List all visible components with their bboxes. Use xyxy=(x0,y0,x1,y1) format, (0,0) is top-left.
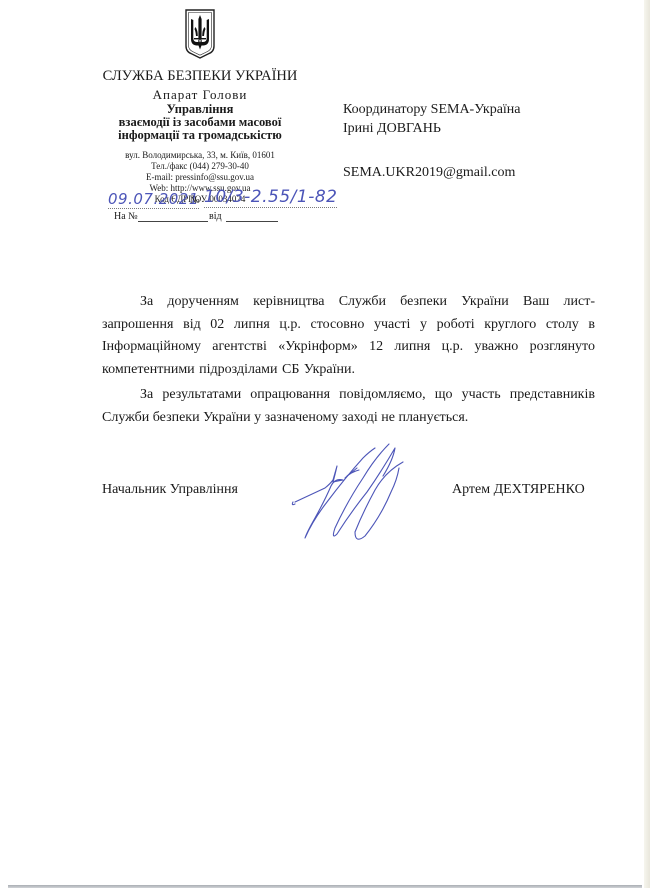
scan-edge-bottom xyxy=(8,885,642,888)
addressee-block: Координатору SEMA-Україна Ірині ДОВГАНЬ … xyxy=(343,100,521,182)
scan-edge-right xyxy=(644,0,650,896)
signatory-name: Артем ДЕХТЯРЕНКО xyxy=(452,482,585,498)
scan-margin-bottom xyxy=(0,888,650,896)
address: вул. Володимирська, 33, м. Київ, 01601 xyxy=(100,150,300,161)
letterhead: СЛУЖБА БЕЗПЕКИ УКРАЇНИ Апарат Голови Упр… xyxy=(100,8,300,205)
registration-number: 10/3-2.55/1-82 xyxy=(204,187,337,208)
department-line-3: інформації та громадськістю xyxy=(100,129,300,141)
addressee-position: Координатору SEMA-Україна xyxy=(343,100,521,119)
org-name: СЛУЖБА БЕЗПЕКИ УКРАЇНИ xyxy=(100,68,300,84)
registration-date: 09.07.2021 xyxy=(108,190,199,209)
body-paragraph-2: За результатами опрацювання повідомляємо… xyxy=(102,384,595,429)
trident-coat-of-arms-icon xyxy=(184,8,216,60)
signatory-title: Начальник Управління xyxy=(102,482,238,498)
ref-number-label: На № xyxy=(114,211,138,222)
ref-number-blank xyxy=(138,221,208,222)
registration-line: 09.07.2021 № 10/3-2.55/1-82 xyxy=(108,190,338,212)
phone: Тел./факс (044) 279-30-40 xyxy=(100,161,300,172)
email: E-mail: pressinfo@ssu.gov.ua xyxy=(100,172,300,183)
letter-body: За дорученням керівництва Служби безпеки… xyxy=(102,291,595,429)
addressee-email: SEMA.UKR2019@gmail.com xyxy=(343,163,521,182)
addressee-name: Ірині ДОВГАНЬ xyxy=(343,119,521,138)
department-line-2: взаємодії із засобами масової xyxy=(100,116,300,128)
body-paragraph-1: За дорученням керівництва Служби безпеки… xyxy=(102,291,595,381)
letter-page: СЛУЖБА БЕЗПЕКИ УКРАЇНИ Апарат Голови Упр… xyxy=(0,0,650,896)
number-label: № xyxy=(190,195,200,206)
handwritten-signature-icon xyxy=(285,440,445,550)
subdivision: Апарат Голови xyxy=(100,87,300,102)
ref-from-label: від xyxy=(209,211,222,222)
department-line-1: Управління xyxy=(100,103,300,115)
ref-date-blank xyxy=(226,221,278,222)
